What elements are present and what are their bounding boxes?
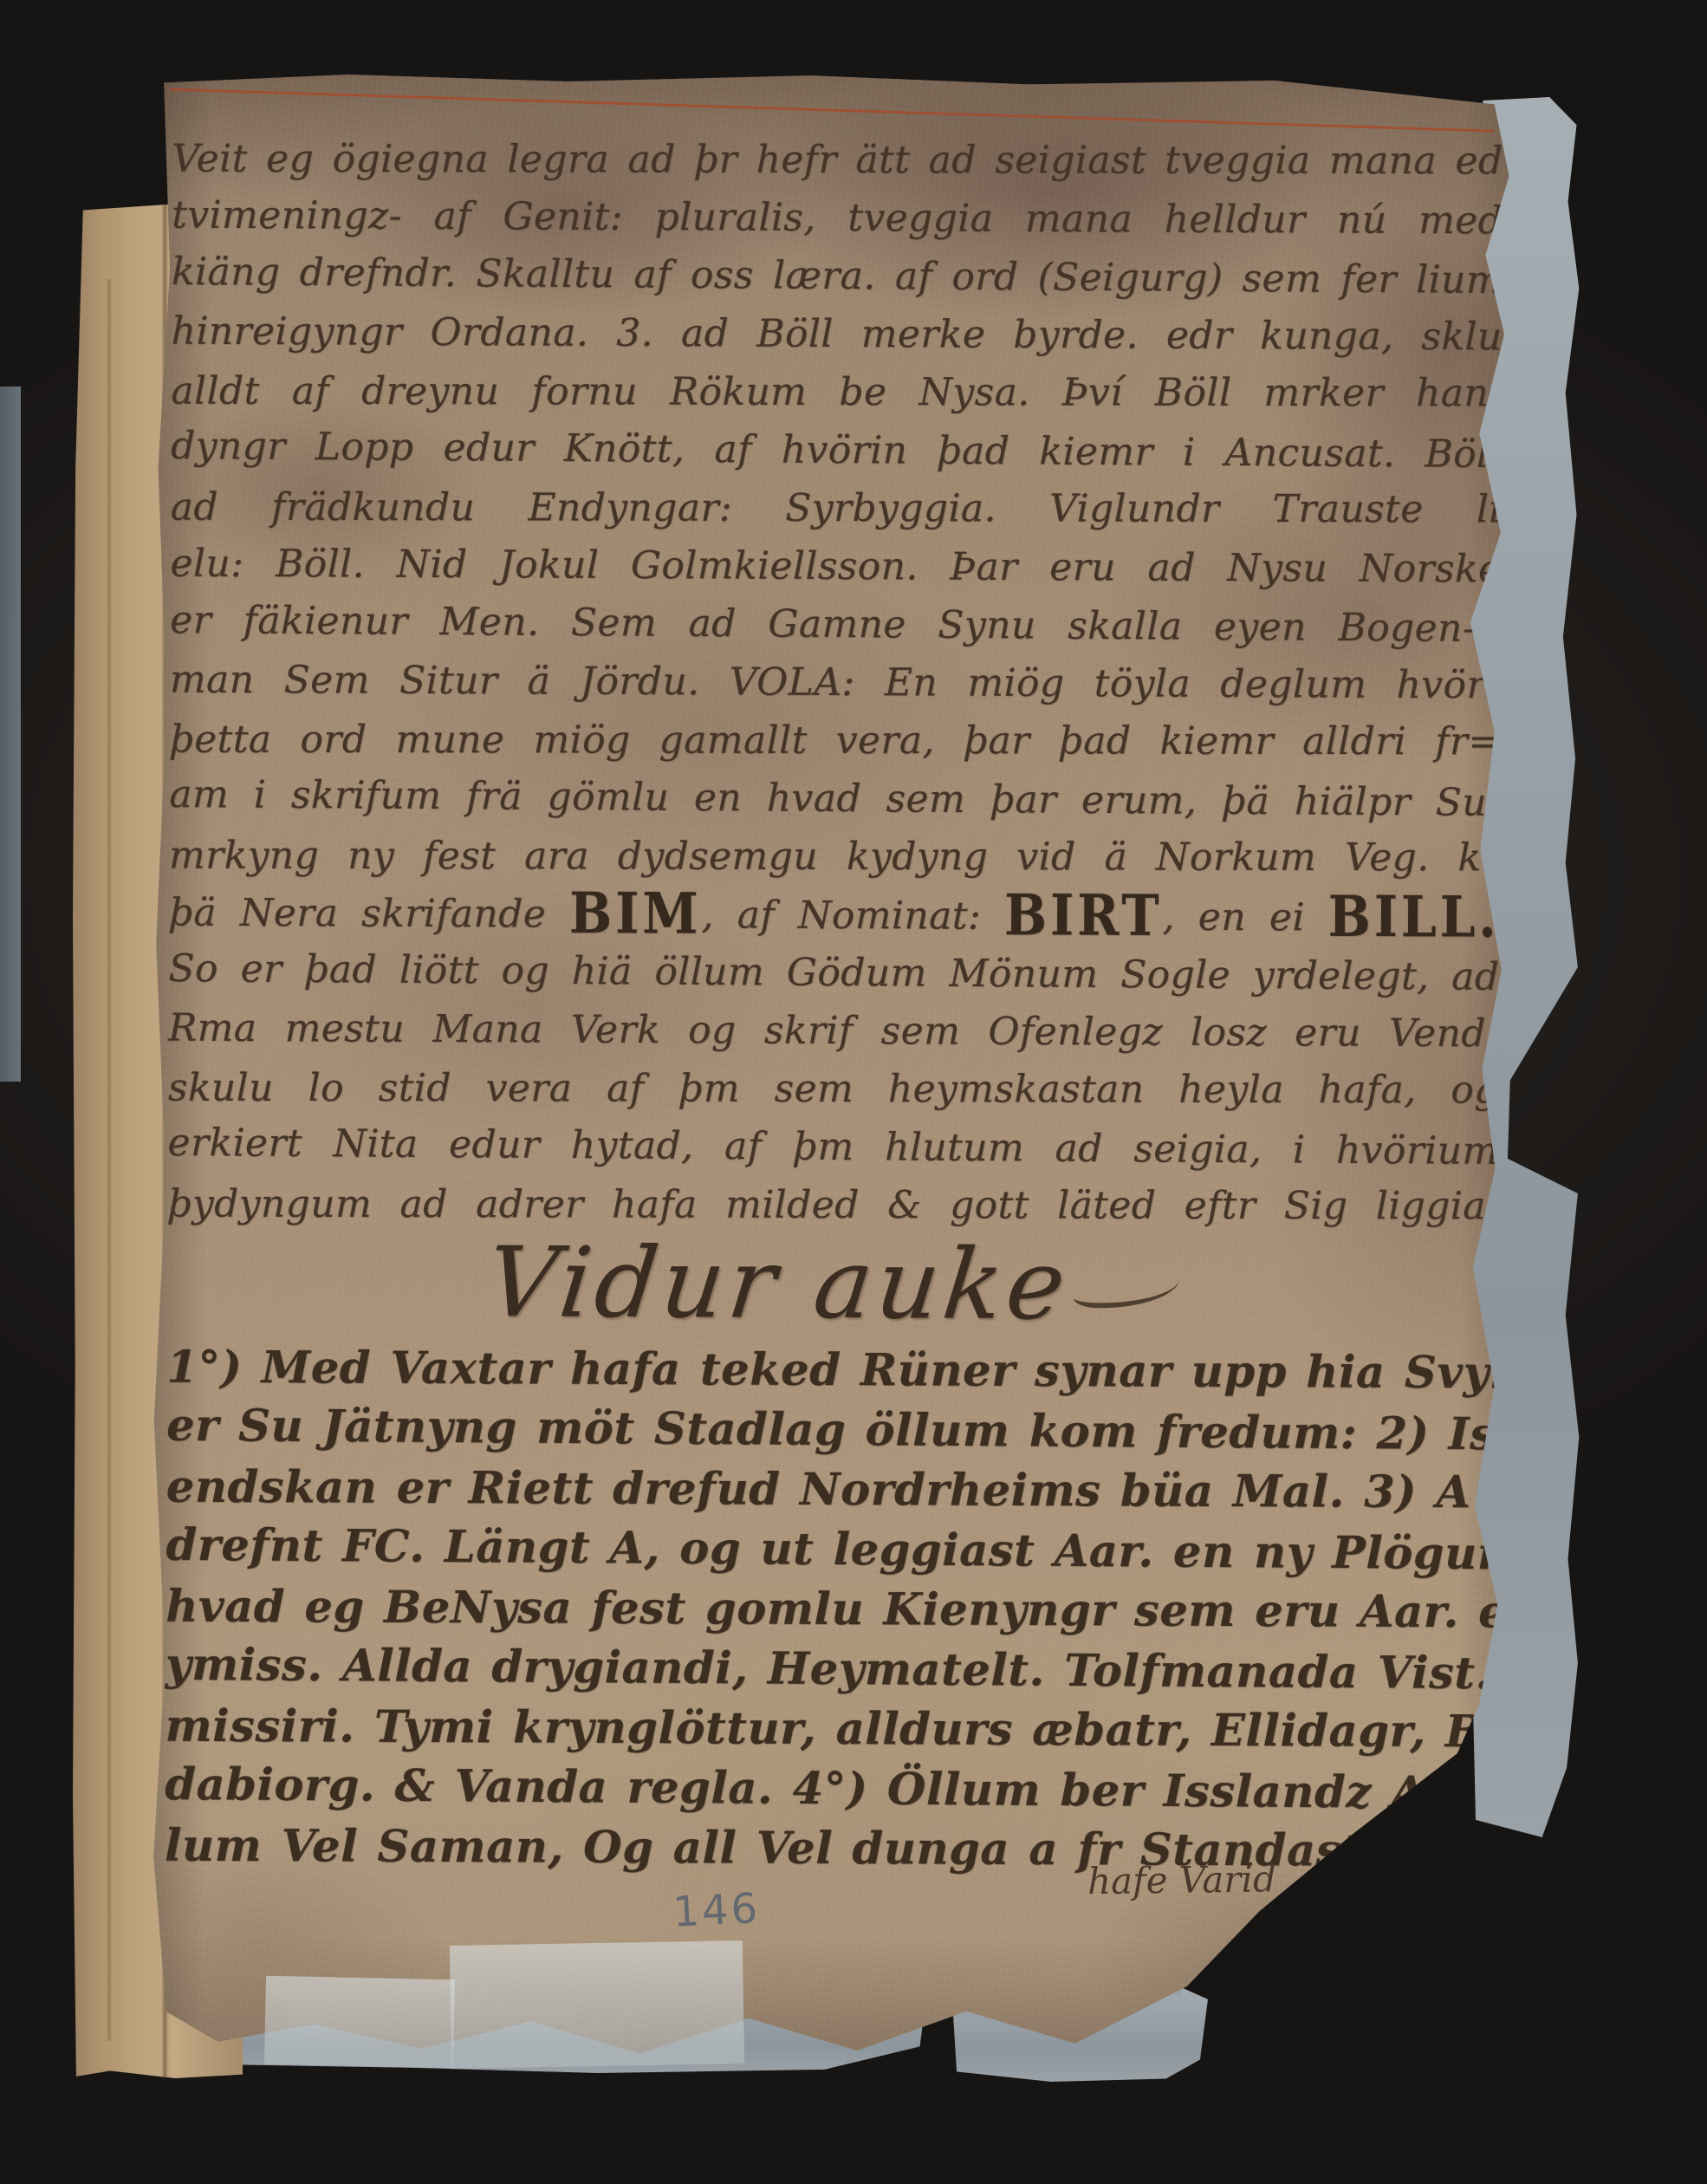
manuscript-line: er fäkienur Men. Sem ad Gamne Synu skall… (170, 591, 1501, 658)
manuscript-line: er Su Jätnyng möt Stadlag öllum kom fred… (166, 1396, 1497, 1465)
manuscript-line: tvimeningz- af Genit: pluralis, tveggia … (172, 186, 1503, 250)
manuscript-line: ad frädkundu Endyngar: Syrbyggia. Viglun… (171, 478, 1502, 539)
catchword: hafe Varid (1026, 1856, 1339, 1903)
rune-word: BIRT (1004, 883, 1163, 949)
manuscript-line: Veit eg ögiegna legra ad þr hefr ätt ad … (172, 130, 1503, 191)
manuscript-line: skulu lo stid vera af þm sem heymskastan… (168, 1059, 1499, 1120)
repair-tape (450, 1940, 744, 2069)
manuscript-line-with-runes: þä Nera skrifande BIM, af Nominat: BIRT,… (169, 883, 1500, 947)
rune-line-text: , en ei (1162, 895, 1327, 940)
manuscript-line: erkiert Nita edur hytad, af þm hlutum ad… (167, 1114, 1498, 1180)
manuscript-line: 1°) Med Vaxtar hafa teked Rüner synar up… (166, 1338, 1497, 1404)
text-block-lower: 1°) Med Vaxtar hafa teked Rüner synar up… (165, 1338, 1498, 1882)
manuscript-line: elu: Böll. Nid Jokul Golmkiellsson. Þar … (170, 535, 1501, 599)
gutter-crease (107, 279, 112, 2040)
rune-word: BILL. (1328, 884, 1500, 950)
manuscript-line: hinreigyngr Ordana. 3. ad Böll merke byr… (172, 302, 1503, 367)
text-block-upper: Veit eg ögiegna legra ad þr hefr ätt ad … (167, 128, 1503, 1238)
manuscript-line: man Sem Situr ä Jördu. VOLA: En miög töy… (170, 651, 1501, 715)
section-heading-text: Vidur auke (481, 1226, 1074, 1342)
manuscript-line: dyngr Lopp edur Knött, af hvörin þad kie… (171, 417, 1502, 484)
manuscript-page: Veit eg ögiegna legra ad þr hefr ätt ad … (150, 71, 1519, 2062)
manuscript-line: Rma mestu Mana Verk og skrif sem Ofenleg… (168, 999, 1499, 1063)
manuscript-line: mrkyng ny fest ara dydsemgu kydyng vid ä… (169, 827, 1500, 887)
manuscript-line: ymiss. Allda drygiandi, Heymatelt. Tolfm… (166, 1635, 1496, 1704)
manuscript-line: kiäng drefndr. Skalltu af oss læra. af o… (172, 243, 1503, 309)
manuscript-line: þetta ord mune miög gamallt vera, þar þa… (170, 711, 1501, 771)
manuscript-line: alldt af dreynu fornu Rökum be Nysa. Því… (171, 362, 1502, 423)
ruled-line (171, 88, 1494, 133)
manuscript-line: endskan er Riett drefud Nordrheims büa M… (166, 1458, 1497, 1524)
folio-number: 146 (659, 1883, 774, 1937)
manuscript-line: hvad eg BeNysa fest gomlu Kienyngr sem e… (166, 1577, 1496, 1643)
rune-line-text: þä Nera skrifande (169, 891, 570, 937)
manuscript-line: dabiorg. & Vanda regla. 4°) Öllum ber Is… (165, 1755, 1363, 1823)
backing-paper-left-edge (0, 387, 21, 1082)
manuscript-line: drefnt FC. Längt A, og ut leggiast Aar. … (166, 1516, 1496, 1584)
heading-flourish (1073, 1268, 1181, 1309)
rune-line-text: , af Nominat: (701, 893, 1004, 939)
repair-tape (264, 1976, 455, 2069)
manuscript-line: So er þad liött og hiä öllum Gödum Mönum… (168, 939, 1499, 1006)
rune-word: BIM (569, 881, 702, 947)
manuscript-line: missiri. Tymi krynglöttur, alldurs æbatr… (166, 1697, 1496, 1763)
manuscript-scan: Veit eg ögiegna legra ad þr hefr ätt ad … (0, 0, 1707, 2184)
section-heading: Vidur auke (147, 1225, 1520, 1344)
manuscript-line: am i skrifum frä gömlu en hvad sem þar e… (169, 765, 1500, 832)
